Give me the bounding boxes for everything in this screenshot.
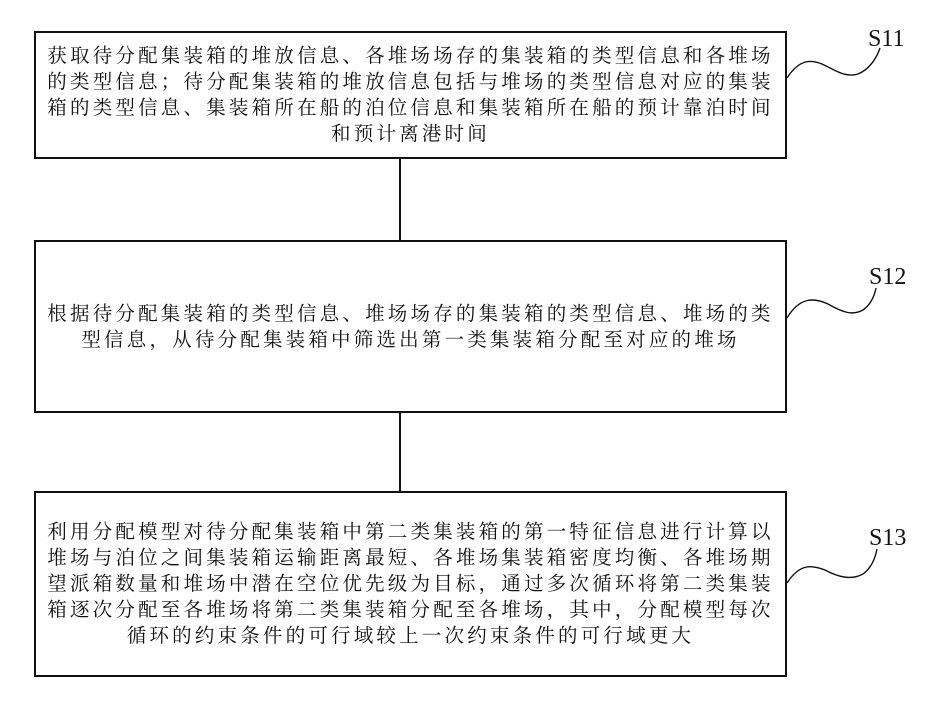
step-box-s12: 根据待分配集装箱的类型信息、堆场场存的集装箱的类型信息、堆场的类型信息，从待分配… — [34, 240, 787, 413]
leader-line-s12 — [787, 288, 876, 318]
step-label-s11: S11 — [868, 26, 904, 53]
step-label-s12: S12 — [869, 264, 906, 291]
connector-s11-s12 — [399, 159, 401, 240]
step-text-s11: 获取待分配集装箱的堆放信息、各堆场场存的集装箱的类型信息和各堆场的类型信息；待分… — [42, 43, 779, 147]
step-box-s13: 利用分配模型对待分配集装箱中第二类集装箱的第一特征信息进行计算以堆场与泊位之间集… — [34, 491, 787, 677]
connector-s12-s13 — [399, 413, 401, 491]
leader-line-s11 — [787, 48, 880, 78]
step-box-s11: 获取待分配集装箱的堆放信息、各堆场场存的集装箱的类型信息和各堆场的类型信息；待分… — [34, 31, 787, 159]
step-text-s12: 根据待分配集装箱的类型信息、堆场场存的集装箱的类型信息、堆场的类型信息，从待分配… — [42, 301, 779, 353]
step-label-s13: S13 — [869, 525, 906, 552]
step-text-s13: 利用分配模型对待分配集装箱中第二类集装箱的第一特征信息进行计算以堆场与泊位之间集… — [42, 519, 779, 649]
leader-line-s13 — [787, 549, 877, 583]
